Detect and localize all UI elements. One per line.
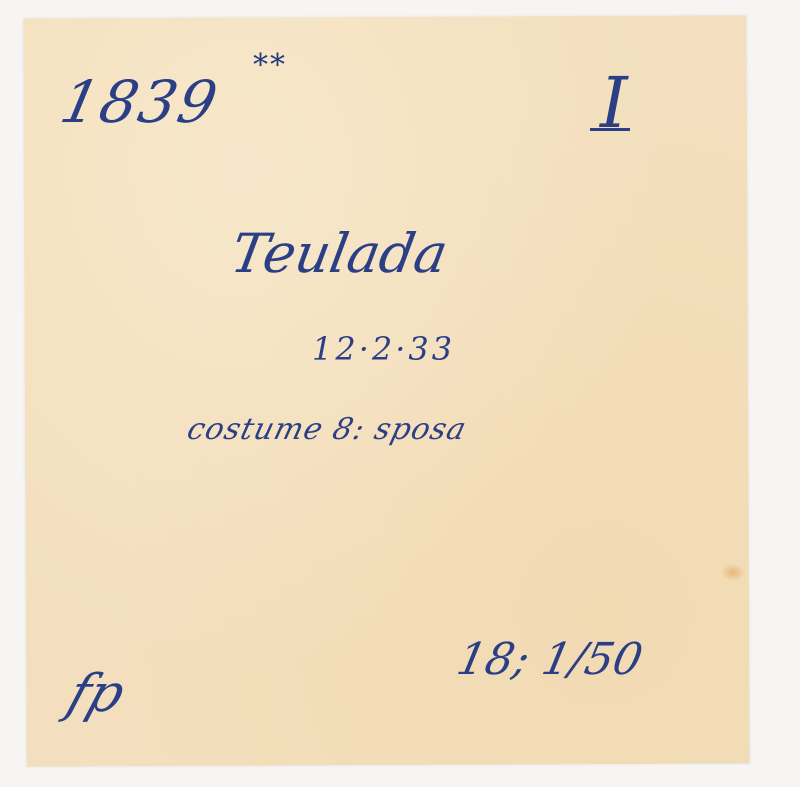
date: 12·2·33 — [312, 330, 455, 368]
series-numeral-underline — [590, 128, 630, 131]
catalog-number: 1839 — [55, 68, 225, 136]
series-numeral: I — [600, 62, 628, 144]
paper-stain — [721, 563, 745, 581]
description: costume 8: sposa — [184, 412, 471, 447]
catalog-marks-stars: ** — [253, 48, 287, 83]
exposure-settings: 18; 1/50 — [453, 634, 647, 685]
place-name: Teulada — [226, 222, 452, 285]
